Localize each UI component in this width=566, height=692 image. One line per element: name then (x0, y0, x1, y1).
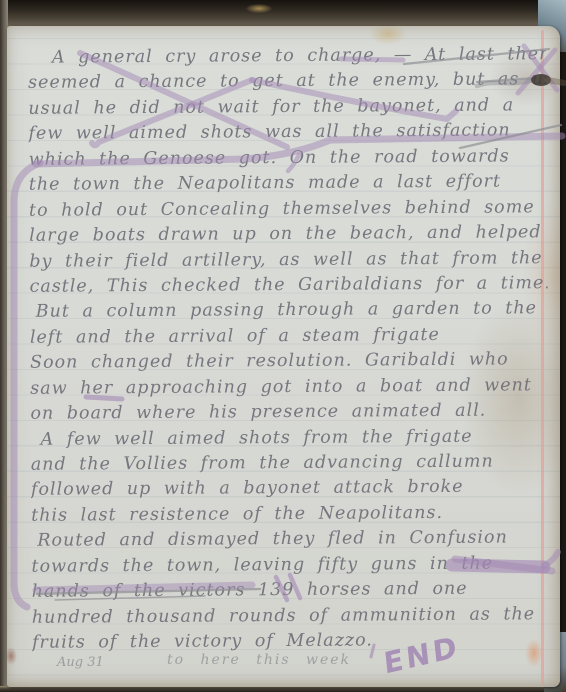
footer-date: Aug 31 (57, 655, 104, 670)
handwriting-line: usual he did not wait for the bayonet, a… (28, 93, 546, 122)
handwriting-line: hundred thousand rounds of ammunition as… (32, 602, 550, 631)
handwriting-line: towards the town, leaving fifty guns in … (31, 551, 549, 580)
handwriting-line: A general cry arose to charge, — At last… (28, 42, 546, 71)
handwriting-line: this last resistence of the Neapolitans. (31, 500, 549, 529)
handwriting-line: followed up with a bayonet attack broke (31, 475, 549, 504)
footer-note: to here this week (167, 652, 351, 668)
handwriting-line: by their field artillery, as well as tha… (29, 246, 547, 275)
handwriting-line: hands of the victors 139 horses and one (32, 576, 550, 605)
handwriting-line: which the Genoese got. On the road towar… (29, 144, 547, 173)
handwriting-line: to hold out Concealing themselves behind… (29, 195, 547, 224)
notebook-page: A general cry arose to charge, — At last… (7, 26, 560, 687)
handwriting-line: few well aimed shots was all the satisfa… (28, 119, 546, 148)
handwritten-text: A general cry arose to charge, — At last… (28, 42, 550, 656)
handwriting-line: and the Vollies from the advancing callu… (31, 449, 549, 478)
handwriting-line: large boats drawn up on the beach, and h… (29, 220, 547, 249)
notebook-edge-top (0, 0, 566, 27)
handwriting-line: left and the arrival of a steam frigate (30, 322, 548, 351)
handwriting-line: saw her approaching got into a boat and … (30, 373, 548, 402)
handwriting-line: castle, This checked the Garibaldians fo… (29, 271, 547, 300)
handwriting-line: on board where his presence animated all… (30, 398, 548, 427)
handwriting-line: A few well aimed shots from the frigate (31, 424, 549, 453)
handwriting-line: Soon changed their resolution. Garibaldi… (30, 347, 548, 376)
edge-stain (246, 4, 272, 13)
handwriting-line: But a column passing through a garden to… (30, 297, 548, 326)
handwriting-line: seemed a chance to get at the enemy, but… (28, 68, 546, 97)
handwriting-line: the town the Neapolitans made a last eff… (29, 169, 547, 198)
handwriting-line: Routed and dismayed they fled in Confusi… (31, 526, 549, 555)
photo-canvas: A general cry arose to charge, — At last… (0, 0, 566, 692)
